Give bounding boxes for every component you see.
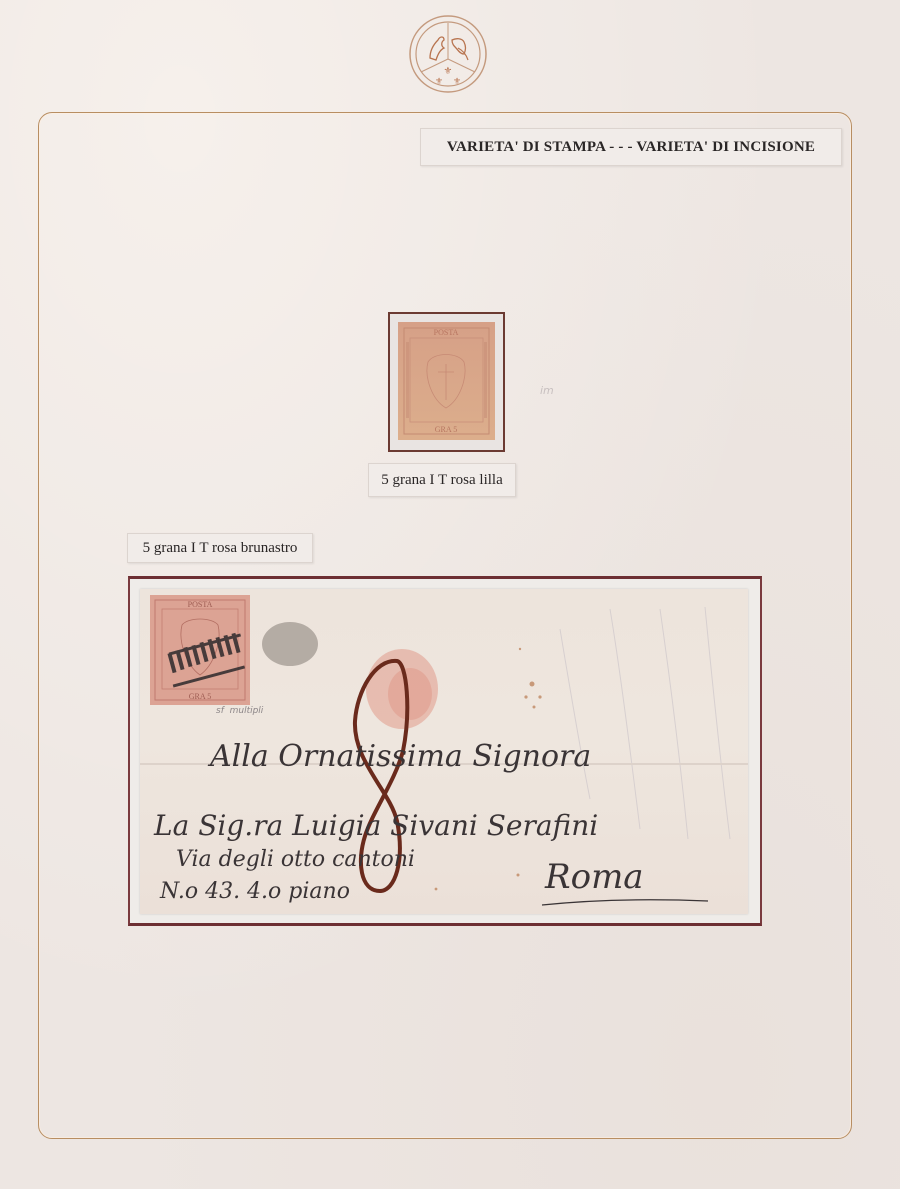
single-stamp-mount: POSTA GRA 5	[388, 312, 505, 452]
cover-caption: 5 grana I T rosa brunastro	[143, 540, 298, 557]
svg-text:⚜: ⚜	[453, 77, 461, 87]
address-line-4: N.o 43. 4.o piano	[160, 879, 350, 904]
page-title-label: VARIETA' DI STAMPA - - - VARIETA' DI INC…	[420, 128, 842, 166]
single-stamp-image: POSTA GRA 5	[398, 322, 495, 440]
svg-text:GRA 5: GRA 5	[189, 692, 211, 701]
cover-caption-label: 5 grana I T rosa brunastro	[127, 533, 313, 563]
coat-of-arms-crest-icon: ⚜ ⚜ ⚜	[408, 14, 488, 94]
stamp-caption: 5 grana I T rosa lilla	[381, 472, 503, 489]
address-line-3: Via degli otto cantoni	[176, 847, 415, 872]
postal-cover: POSTA GRA 5 sf multipli	[140, 589, 748, 914]
pencil-note-multipli: sf multipli	[216, 707, 263, 716]
pencil-note-line-1: sf	[216, 706, 224, 716]
address-city: Roma	[545, 857, 644, 897]
svg-text:⚜: ⚜	[444, 66, 453, 77]
address-line-2: La Sig.ra Luigia Sivani Serafini	[154, 809, 598, 842]
svg-text:POSTA: POSTA	[188, 600, 213, 609]
cover-mount: POSTA GRA 5 sf multipli	[128, 576, 762, 926]
svg-text:GRA 5: GRA 5	[435, 425, 457, 434]
page-title: VARIETA' DI STAMPA - - - VARIETA' DI INC…	[447, 139, 815, 156]
pencil-note: im	[540, 384, 554, 397]
svg-text:POSTA: POSTA	[434, 328, 459, 337]
svg-text:⚜: ⚜	[435, 77, 443, 87]
cover-stamp: POSTA GRA 5	[150, 595, 250, 705]
stamp-caption-label: 5 grana I T rosa lilla	[368, 463, 516, 497]
pencil-note-line-2: multipli	[230, 706, 264, 716]
city-underline	[540, 897, 710, 907]
address-line-1: Alla Ornatissima Signora	[210, 739, 591, 774]
